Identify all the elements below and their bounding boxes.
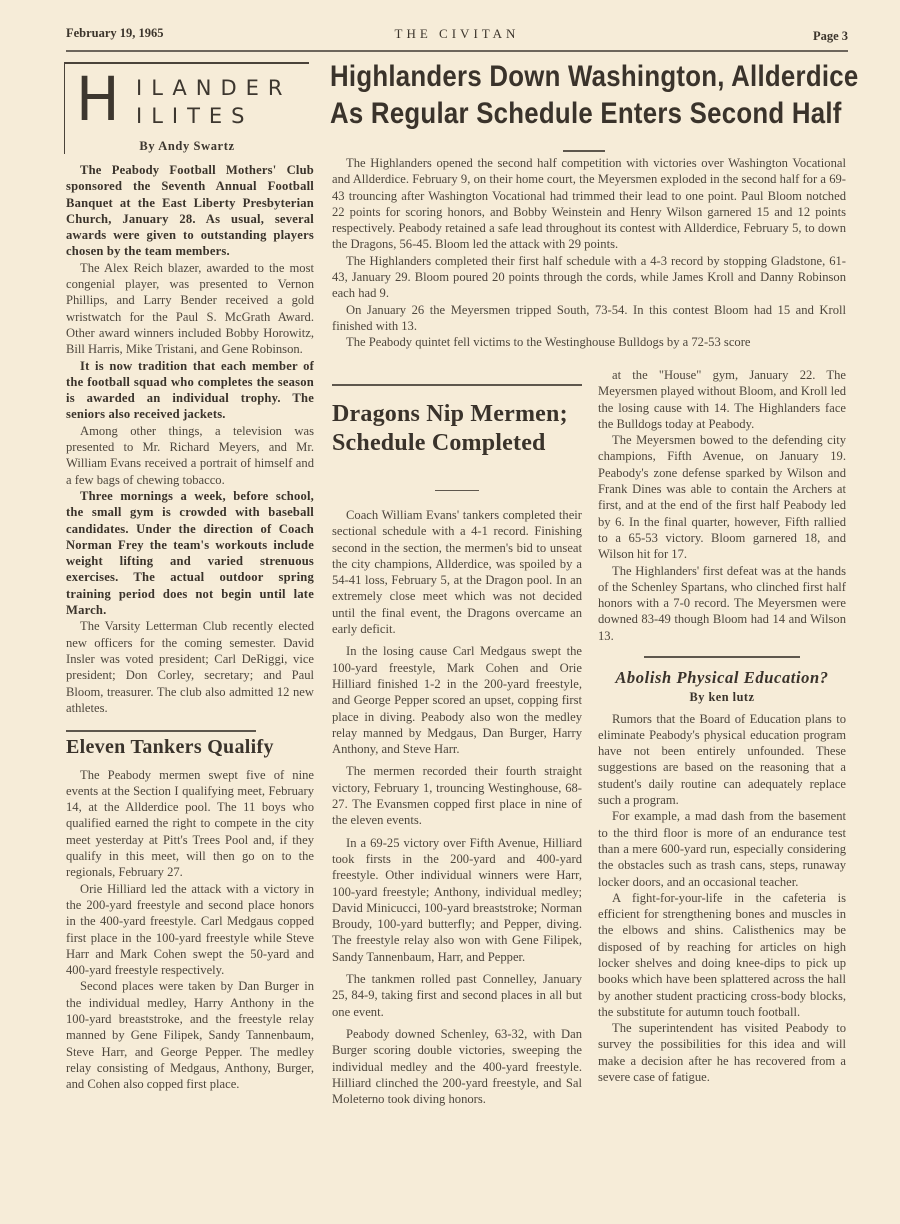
- tankers-headline: Eleven Tankers Qualify: [66, 736, 314, 759]
- paragraph: Three mornings a week, before school, th…: [66, 488, 314, 618]
- main-headline: Highlanders Down Washington, Allderdice …: [330, 58, 777, 132]
- headline-rule: [435, 490, 479, 492]
- dragons-headline: Dragons Nip Mermen; Schedule Completed: [332, 400, 582, 458]
- paragraph: For example, a mad dash from the basemen…: [598, 808, 846, 889]
- paragraph: The Varsity Letterman Club recently elec…: [66, 618, 314, 716]
- right-column: at the "House" gym, January 22. The Meye…: [598, 367, 846, 1085]
- logo-big-letter: H: [76, 69, 120, 130]
- dragons-headline-line-2: Schedule Completed: [332, 429, 582, 458]
- page-number: Page 3: [813, 29, 848, 44]
- paragraph: The Peabody quintet fell victims to the …: [332, 334, 846, 350]
- paragraph: Orie Hilliard led the attack with a vict…: [66, 881, 314, 979]
- paragraph: It is now tradition that each member of …: [66, 358, 314, 423]
- paragraph: Coach William Evans' tankers completed t…: [332, 507, 582, 637]
- highlanders-article-lead: The Highlanders opened the second half c…: [332, 155, 846, 351]
- paragraph: Peabody downed Schenley, 63-32, with Dan…: [332, 1026, 582, 1107]
- paragraph: The Highlanders completed their first ha…: [332, 253, 846, 302]
- paragraph: A fight-for-your-life in the cafeteria i…: [598, 890, 846, 1020]
- main-headline-line-1: Highlanders Down Washington, Allderdice: [330, 58, 777, 95]
- paragraph: The Highlanders opened the second half c…: [332, 155, 846, 253]
- paragraph: Among other things, a television was pre…: [66, 423, 314, 488]
- newspaper-title: THE CIVITAN: [66, 26, 848, 42]
- paragraph: The superintendent has visited Peabody t…: [598, 1020, 846, 1085]
- left-column: H ILANDER ILITES By Andy Swartz The Peab…: [66, 62, 314, 1093]
- paragraph: On January 26 the Meyersmen tripped Sout…: [332, 302, 846, 335]
- newspaper-page: February 19, 1965 THE CIVITAN Page 3 H I…: [0, 0, 900, 1224]
- paragraph: Second places were taken by Dan Burger i…: [66, 978, 314, 1092]
- section-divider: [332, 384, 582, 386]
- dragons-headline-line-1: Dragons Nip Mermen;: [332, 400, 582, 429]
- paragraph: The Meyersmen bowed to the defending cit…: [598, 432, 846, 562]
- headline-rule: [563, 150, 605, 152]
- paragraph: The Alex Reich blazer, awarded to the mo…: [66, 260, 314, 358]
- middle-column: Dragons Nip Mermen; Schedule Completed C…: [332, 384, 582, 1107]
- masthead: February 19, 1965 THE CIVITAN Page 3: [66, 26, 848, 48]
- abolish-headline: Abolish Physical Education?: [598, 668, 846, 688]
- column-byline: By Andy Swartz: [65, 139, 309, 154]
- paragraph: The Peabody mermen swept five of nine ev…: [66, 767, 314, 881]
- section-divider: [66, 730, 256, 732]
- paragraph: The tankmen rolled past Connelley, Janua…: [332, 971, 582, 1020]
- main-headline-line-2: As Regular Schedule Enters Second Half: [330, 95, 777, 132]
- masthead-rule: [66, 50, 848, 52]
- logo-line-2: ILITES: [136, 104, 254, 128]
- spacer: [66, 716, 314, 730]
- paragraph: In a 69-25 victory over Fifth Avenue, Hi…: [332, 835, 582, 965]
- paragraph: Rumors that the Board of Education plans…: [598, 711, 846, 809]
- paragraph: at the "House" gym, January 22. The Meye…: [598, 367, 846, 432]
- paragraph: The Highlanders' first defeat was at the…: [598, 563, 846, 644]
- abolish-byline: By ken lutz: [598, 690, 846, 705]
- paragraph: In the losing cause Carl Medgaus swept t…: [332, 643, 582, 757]
- paragraph: The Peabody Football Mothers' Club spons…: [66, 162, 314, 260]
- dragons-article-body: Coach William Evans' tankers completed t…: [332, 507, 582, 1107]
- hilander-hilites-logo: H ILANDER ILITES By Andy Swartz: [64, 62, 309, 154]
- abolish-article-body: Rumors that the Board of Education plans…: [598, 711, 846, 1086]
- section-divider: [644, 656, 800, 658]
- tankers-article-body: The Peabody mermen swept five of nine ev…: [66, 767, 314, 1093]
- logo-line-1: ILANDER: [136, 76, 291, 100]
- paragraph: The mermen recorded their fourth straigh…: [332, 763, 582, 828]
- highlanders-article-continued: at the "House" gym, January 22. The Meye…: [598, 367, 846, 644]
- hilander-article-body: The Peabody Football Mothers' Club spons…: [66, 162, 314, 716]
